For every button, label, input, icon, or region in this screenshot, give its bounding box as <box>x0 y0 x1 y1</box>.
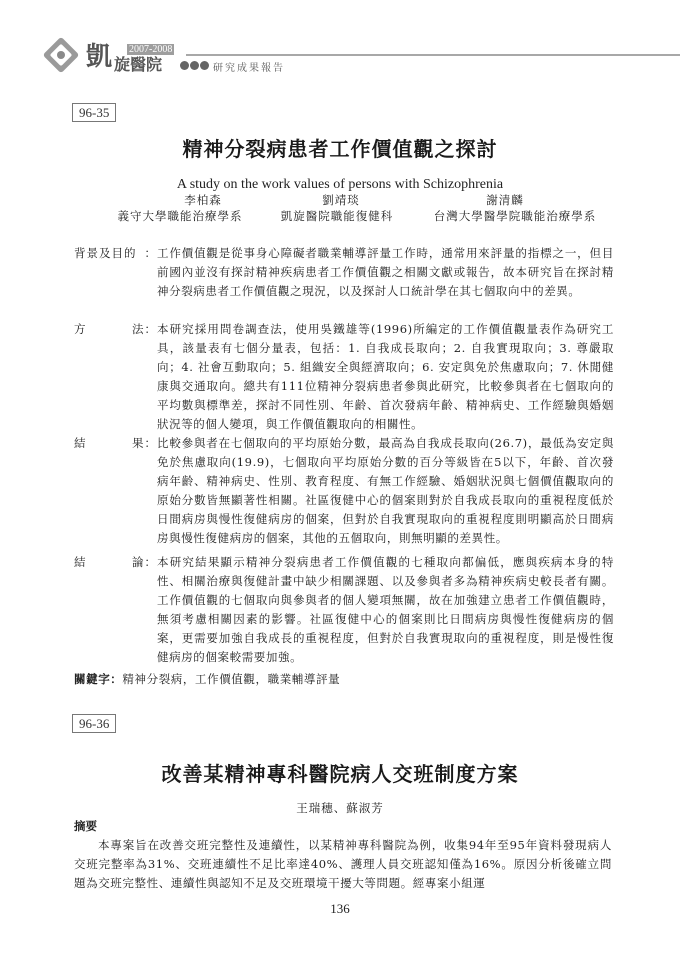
abstract-results-section: 結果： 比較參與者在七個取向的平均原始分數，最高為自我成長取向(26.7)，最低… <box>74 434 614 548</box>
edition-badge-icon <box>180 61 210 73</box>
section-body: 本研究採用問卷調查法，使用吳鐵雄等(1996)所編定的工作價值觀量表作為研究工具… <box>157 320 614 434</box>
author-name: 劉靖琰 <box>296 192 386 208</box>
article-title: 改善某精神專科醫院病人交班制度方案 <box>0 758 680 787</box>
header-rule <box>186 54 680 56</box>
section-label: 背景及目的： <box>74 244 157 301</box>
section-body: 本研究結果顯示精神分裂病患者工作價值觀的七種取向都偏低，應與疾病本身的特性、相關… <box>157 553 614 667</box>
author-name: 李柏森 <box>158 192 248 208</box>
article-title: 精神分裂病患者工作價值觀之探討 <box>0 133 680 162</box>
author-name: 謝清麟 <box>460 192 550 208</box>
section-label: 結果： <box>74 434 157 548</box>
page-number: 136 <box>0 901 680 917</box>
abstract-methods-section: 方法： 本研究採用問卷調查法，使用吳鐵雄等(1996)所編定的工作價值觀量表作為… <box>74 320 614 434</box>
author-affiliation: 凱旋醫院職能復健科 <box>262 208 412 224</box>
section-body: 比較參與者在七個取向的平均原始分數，最高為自我成長取向(26.7)，最低為安定與… <box>157 434 614 548</box>
keywords-value: 精神分裂病，工作價值觀，職業輔導評量 <box>122 672 340 686</box>
section-body: 工作價值觀是從事身心障礙者職業輔導評量工作時，通常用來評量的指標之一，但目前國內… <box>157 244 614 301</box>
author-affiliation: 義守大學職能治療學系 <box>100 208 260 224</box>
brand-sub-text: 旋醫院 <box>114 52 162 75</box>
section-label: 方法： <box>74 320 157 434</box>
brand-main-glyph: 凱 <box>86 36 110 73</box>
keywords-label: 關鍵字： <box>74 672 122 686</box>
abstract-heading: 摘要 <box>74 818 97 834</box>
keywords-line: 關鍵字：精神分裂病，工作價值觀，職業輔導評量 <box>74 671 340 687</box>
article-title-english: A study on the work values of persons wi… <box>0 177 680 193</box>
report-label: 研究成果報告 <box>213 59 285 74</box>
author-affiliation: 台灣大學醫學院職能治療學系 <box>410 208 620 224</box>
article-id-badge: 96-36 <box>72 714 116 733</box>
abstract-conclusion-section: 結論： 本研究結果顯示精神分裂病患者工作價值觀的七種取向都偏低，應與疾病本身的特… <box>74 553 614 667</box>
abstract-paragraph: 本專案旨在改善交班完整性及連續性，以某精神專科醫院為例，收集94年至95年資料發… <box>74 836 612 893</box>
hospital-logo-icon <box>43 37 80 74</box>
section-label: 結論： <box>74 553 157 667</box>
article-id-badge: 96-35 <box>72 103 116 122</box>
abstract-background-section: 背景及目的： 工作價值觀是從事身心障礙者職業輔導評量工作時，通常用來評量的指標之… <box>74 244 614 301</box>
authors-line: 王瑞穗、蘇淑芳 <box>0 800 680 816</box>
